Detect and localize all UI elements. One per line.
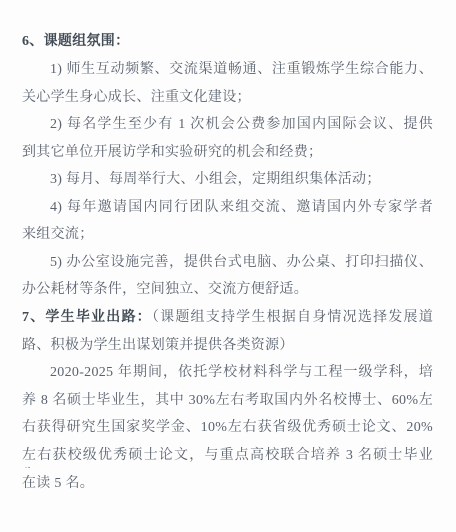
section-6-item-1-line-1: 1) 师生互动频繁、交流渠道畅通、注重锻炼学生综合能力、 — [22, 60, 433, 82]
section-6-item-2-line-2: 到其它单位开展访学和实验研究的机会和经费； — [22, 143, 433, 165]
section-6-heading: 6、课题组氛围： — [22, 32, 433, 54]
document-page: 6、课题组氛围： 1) 师生互动频繁、交流渠道畅通、注重锻炼学生综合能力、 关心… — [0, 0, 456, 532]
section-7-paragraph-line-5: 在读 5 名。 — [22, 474, 433, 496]
section-7-heading: 7、学生毕业出路： — [22, 310, 152, 325]
section-6-item-4-line-2: 来组交流； — [22, 225, 433, 247]
section-7-paragraph-line-1: 2020-2025 年期间，依托学校材料科学与工程一级学科，培 — [22, 363, 433, 385]
section-7-paragraph-line-2: 养 8 名硕士毕业生，其中 30%左右考取国内外名校博士、60%左 — [22, 391, 433, 413]
section-7-heading-note-line-2: 路、积极为学生出谋划策并提供各类资源） — [22, 336, 433, 358]
section-6-item-5-line-1: 5) 办公室设施完善，提供台式电脑、办公桌、打印扫描仪、 — [22, 253, 433, 275]
section-6-item-4-line-1: 4) 每年邀请国内同行团队来组交流、邀请国内外专家学者 — [22, 198, 433, 220]
section-6-item-5-line-2: 办公耗材等条件，空间独立、交流方便舒适。 — [22, 280, 433, 302]
section-7-heading-line: 7、学生毕业出路：（课题组支持学生根据自身情况选择发展道 — [22, 308, 433, 330]
section-7-heading-note-line-1: （课题组支持学生根据自身情况选择发展道 — [152, 310, 433, 325]
section-6-item-2-line-1: 2) 每名学生至少有 1 次机会公费参加国内国际会议、提供 — [22, 115, 433, 137]
section-6-item-1-line-2: 关心学生身心成长、注重文化建设； — [22, 88, 433, 110]
section-6-item-3-line-1: 3) 每月、每周举行大、小组会，定期组织集体活动； — [22, 170, 433, 192]
section-7-paragraph-line-3: 右获得研究生国家奖学金、10%左右获省级优秀硕士论文、20% — [22, 418, 433, 440]
section-7-paragraph-line-4: 左右获校级优秀硕士论文，与重点高校联合培养 3 名硕士毕业生， — [22, 446, 433, 468]
